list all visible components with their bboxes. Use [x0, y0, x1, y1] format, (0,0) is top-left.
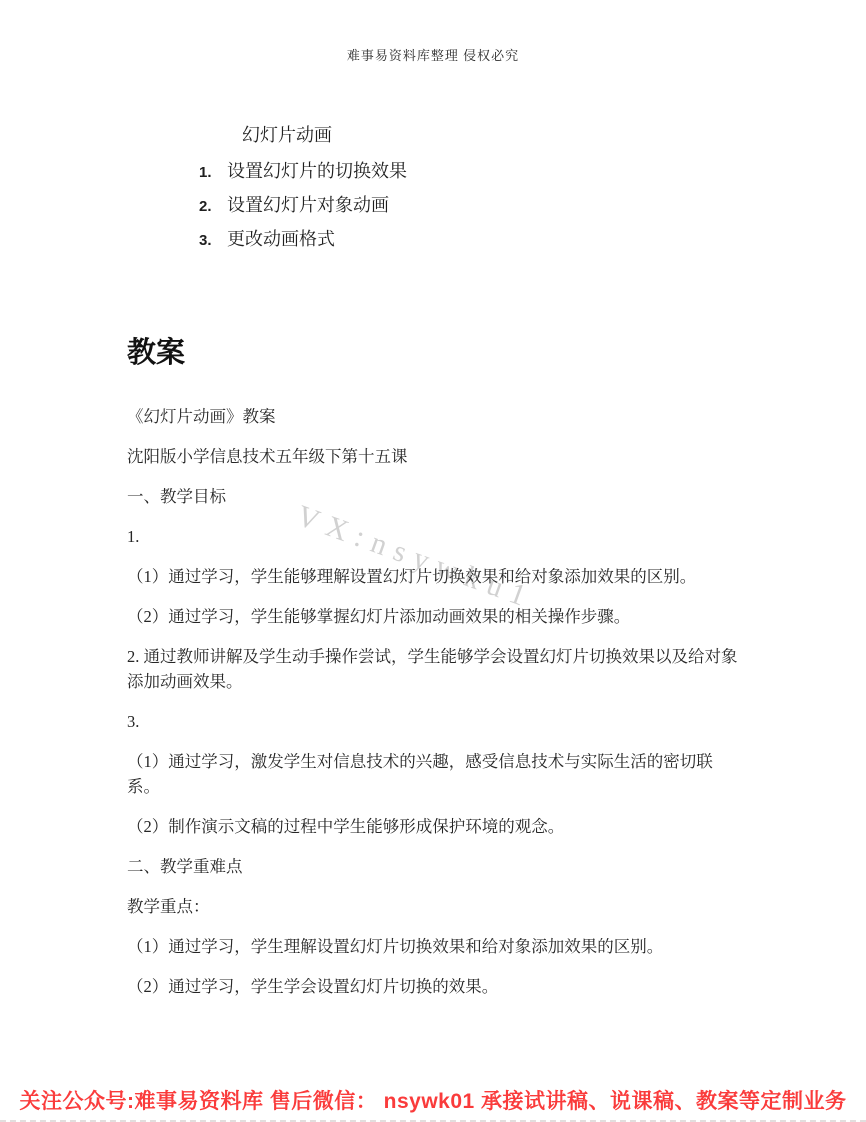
section-heading: 教案	[127, 331, 745, 375]
outline-item: 3. 更改动画格式	[199, 223, 407, 257]
paragraph: （1）通过学习，学生理解设置幻灯片切换效果和给对象添加效果的区别。	[127, 934, 745, 959]
outline-title: 幻灯片动画	[199, 120, 407, 150]
paragraph: 教学重点：	[127, 894, 745, 919]
outline-item: 2. 设置幻灯片对象动画	[199, 189, 407, 223]
paragraph: （2）制作演示文稿的过程中学生能够形成保护环境的观念。	[127, 814, 745, 839]
outline-item: 1. 设置幻灯片的切换效果	[199, 155, 407, 189]
outline-item-label: 设置幻灯片对象动画	[221, 189, 389, 223]
outline-item-number: 3.	[199, 223, 221, 257]
lesson-plan-section: 教案 《幻灯片动画》教案 沈阳版小学信息技术五年级下第十五课 一、教学目标 1.…	[127, 331, 745, 1014]
outline-item-number: 2.	[199, 189, 221, 223]
paragraph: （2）通过学习，学生能够掌握幻灯片添加动画效果的相关操作步骤。	[127, 604, 745, 629]
paragraph: 3.	[127, 709, 745, 734]
promo-banner-text: 关注公众号:难事易资料库 售后微信： nsywk01 承接试讲稿、说课稿、教案等…	[0, 1085, 866, 1119]
paragraph: 1.	[127, 524, 745, 549]
paragraph: 二、教学重难点	[127, 854, 745, 879]
paragraph: （1）通过学习，激发学生对信息技术的兴趣，感受信息技术与实际生活的密切联系。	[127, 749, 745, 799]
lesson-paragraphs: 《幻灯片动画》教案 沈阳版小学信息技术五年级下第十五课 一、教学目标 1. （1…	[127, 404, 745, 999]
paragraph: （1）通过学习，学生能够理解设置幻灯片切换效果和给对象添加效果的区别。	[127, 564, 745, 589]
paragraph: 一、教学目标	[127, 484, 745, 509]
outline-item-number: 1.	[199, 155, 221, 189]
paragraph: （2）通过学习，学生学会设置幻灯片切换的效果。	[127, 974, 745, 999]
outline-item-label: 更改动画格式	[221, 223, 335, 257]
paragraph: 2. 通过教师讲解及学生动手操作尝试，学生能够学会设置幻灯片切换效果以及给对象添…	[127, 644, 745, 694]
document-page: 难事易资料库整理 侵权必究 幻灯片动画 1. 设置幻灯片的切换效果 2. 设置幻…	[0, 0, 866, 1122]
paragraph: 沈阳版小学信息技术五年级下第十五课	[127, 444, 745, 469]
page-header-text: 难事易资料库整理 侵权必究	[0, 45, 866, 64]
outline-item-label: 设置幻灯片的切换效果	[221, 155, 407, 189]
slide-outline: 幻灯片动画 1. 设置幻灯片的切换效果 2. 设置幻灯片对象动画 3. 更改动画…	[199, 120, 407, 257]
outline-list: 1. 设置幻灯片的切换效果 2. 设置幻灯片对象动画 3. 更改动画格式	[199, 155, 407, 257]
paragraph: 《幻灯片动画》教案	[127, 404, 745, 429]
